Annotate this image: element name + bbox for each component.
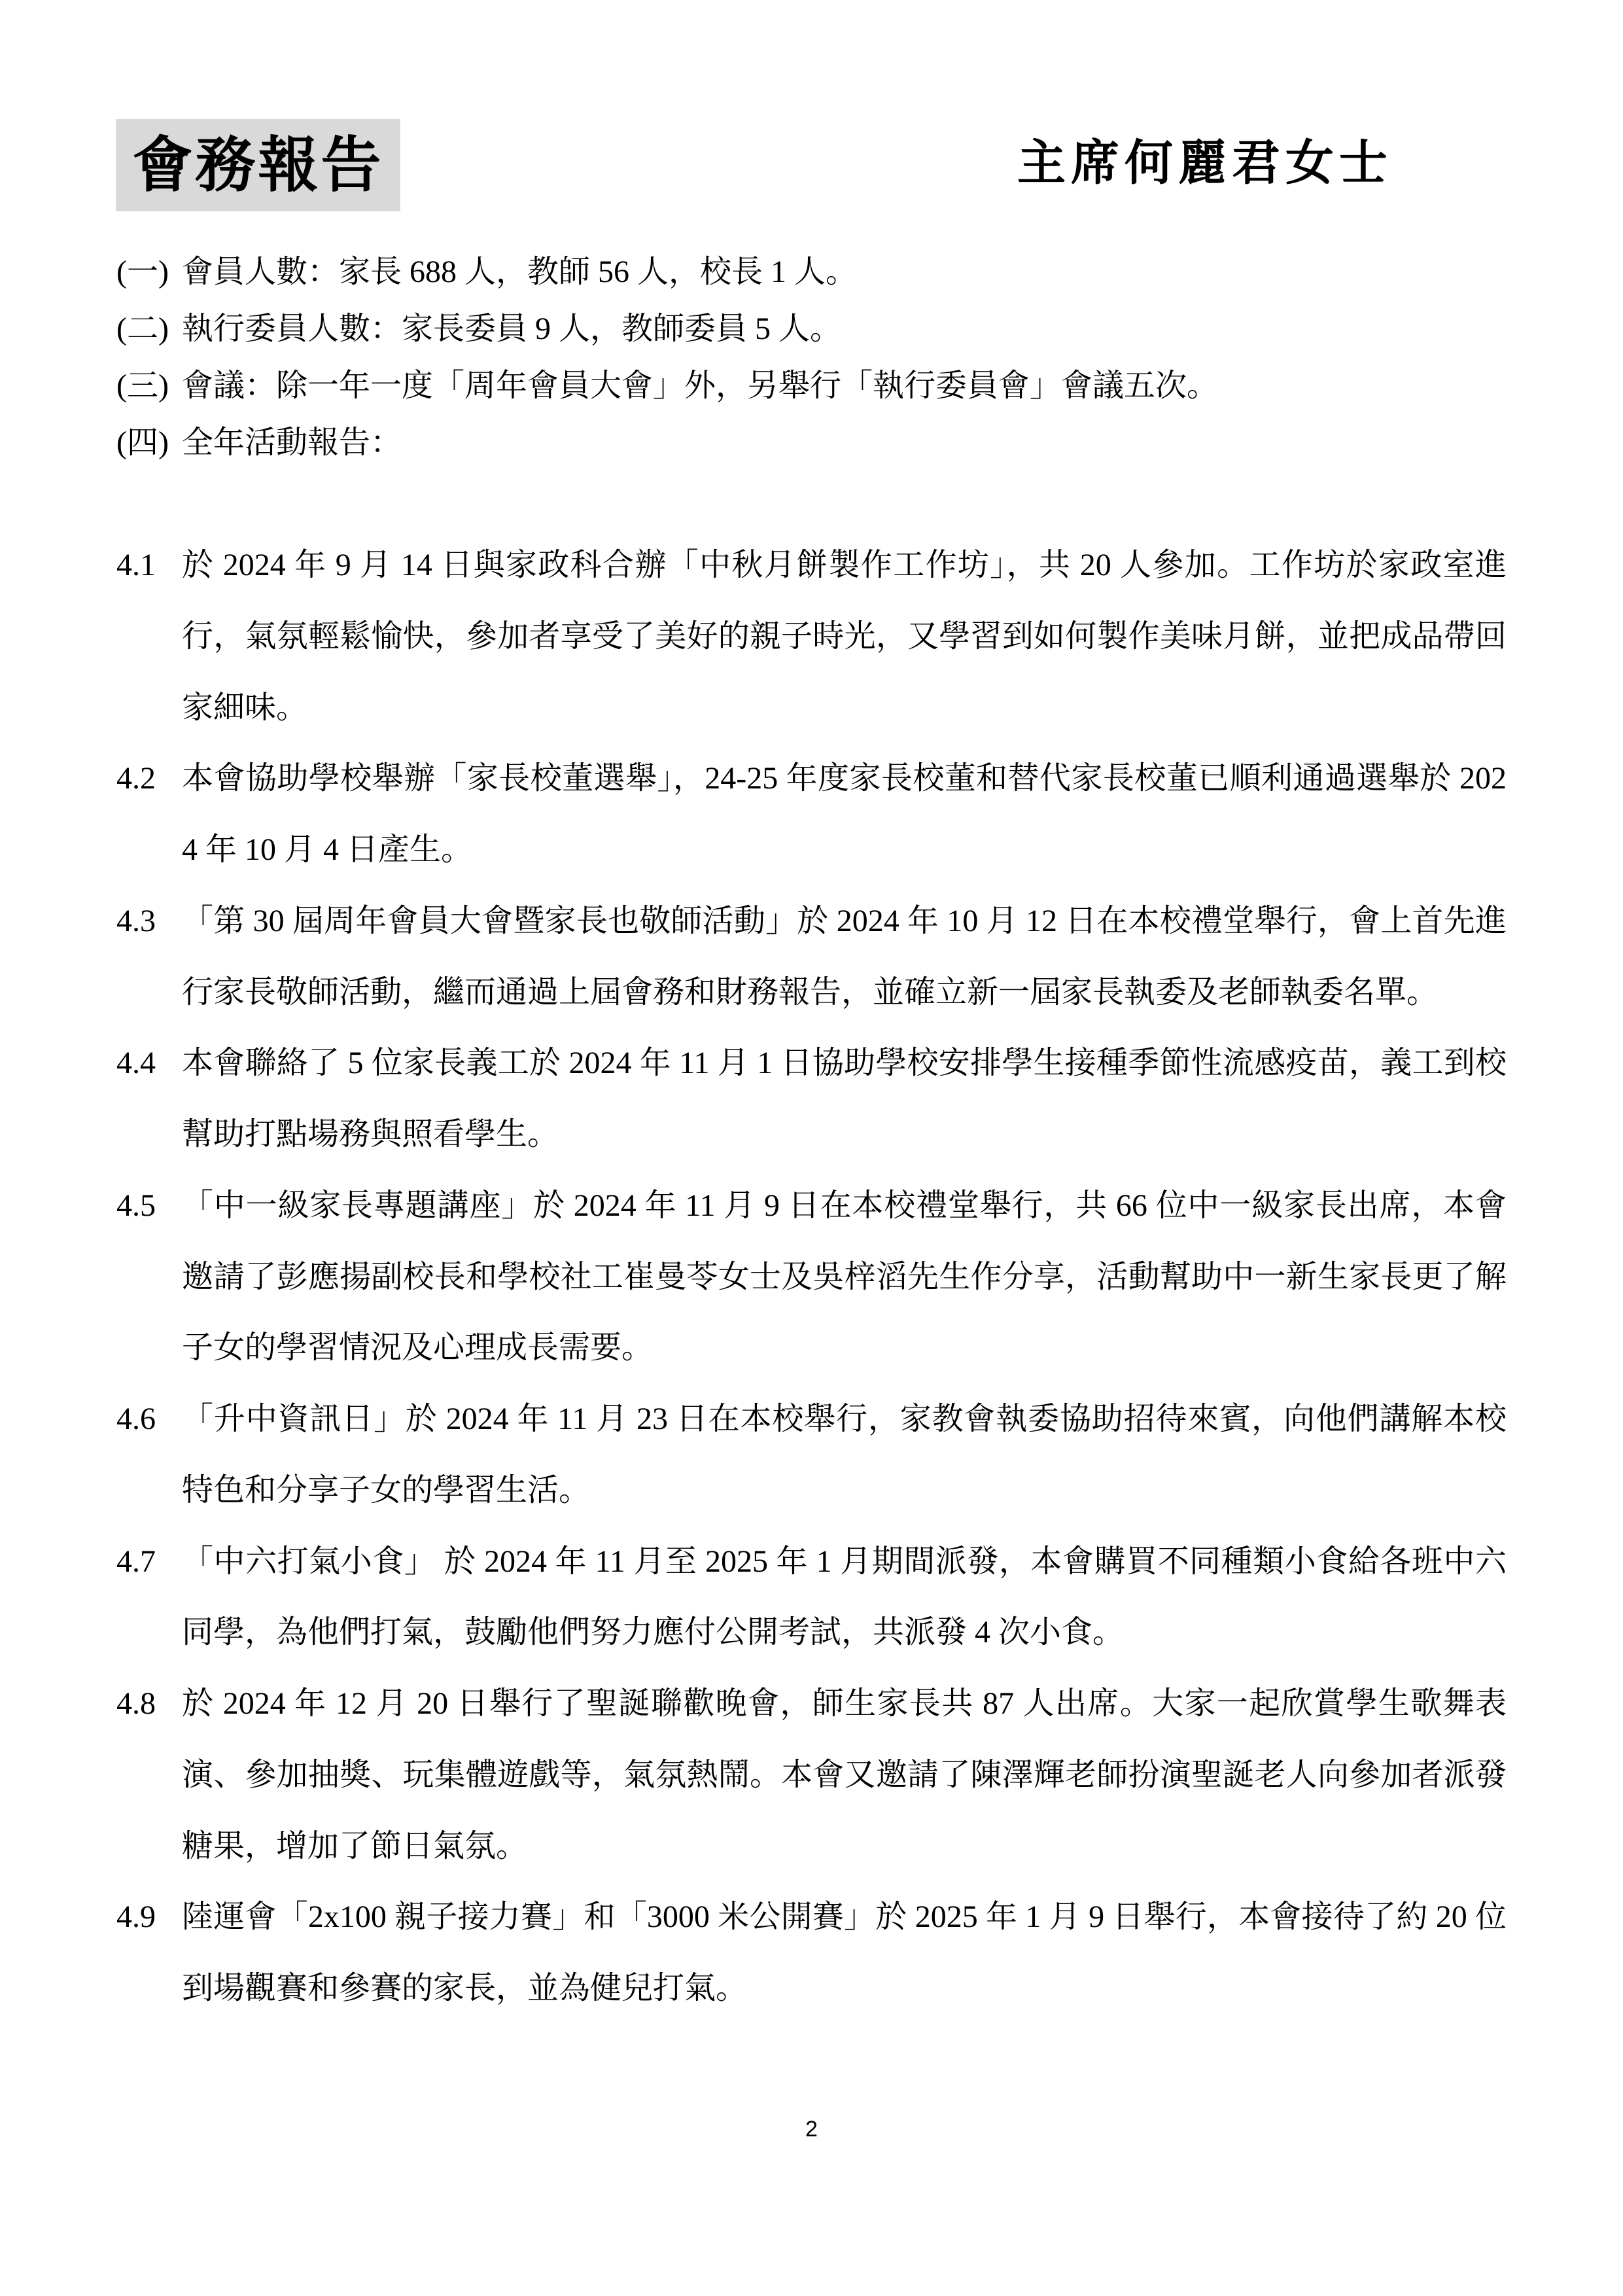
chairperson-name: 主席何麗君女士 <box>1017 139 1393 187</box>
activity-text: 本會聯絡了 5 位家長義工於 2024 年 11 月 1 日協助學校安排學生接種… <box>182 1028 1507 1171</box>
activity-item: 4.9 陸運會「2x100 親子接力賽」和「3000 米公開賽」於 2025 年… <box>116 1882 1510 2024</box>
report-title-box: 會務報告 <box>116 119 400 211</box>
activity-item: 4.5 「中一級家長專題講座」於 2024 年 11 月 9 日在本校禮堂舉行，… <box>116 1171 1510 1384</box>
activity-text: 陸運會「2x100 親子接力賽」和「3000 米公開賽」於 2025 年 1 月… <box>182 1882 1507 2024</box>
activity-number: 4.2 <box>116 743 182 815</box>
summary-marker: (一) <box>116 253 182 309</box>
activity-number: 4.7 <box>116 1527 182 1598</box>
activity-number: 4.1 <box>116 530 182 601</box>
summary-list: (一) 會員人數：家長 688 人，教師 56 人，校長 1 人。 (二) 執行… <box>116 253 1516 480</box>
page-number: 2 <box>0 2115 1623 2144</box>
activity-number: 4.6 <box>116 1384 182 1455</box>
activity-text: 於 2024 年 12 月 20 日舉行了聖誕聯歡晚會，師生家長共 87 人出席… <box>182 1669 1507 1882</box>
summary-item-activities-heading: (四) 全年活動報告： <box>116 423 1516 480</box>
activity-number: 4.8 <box>116 1669 182 1740</box>
summary-text: 執行委員人數：家長委員 9 人，教師委員 5 人。 <box>182 309 841 366</box>
activity-text: 於 2024 年 9 月 14 日與家政科合辦「中秋月餅製作工作坊」，共 20 … <box>182 530 1507 743</box>
activity-item: 4.6 「升中資訊日」於 2024 年 11 月 23 日在本校舉行，家教會執委… <box>116 1384 1510 1527</box>
summary-item-committee: (二) 執行委員人數：家長委員 9 人，教師委員 5 人。 <box>116 309 1516 366</box>
summary-marker: (三) <box>116 366 182 423</box>
summary-marker: (四) <box>116 423 182 480</box>
summary-item-members: (一) 會員人數：家長 688 人，教師 56 人，校長 1 人。 <box>116 253 1516 309</box>
activity-item: 4.1 於 2024 年 9 月 14 日與家政科合辦「中秋月餅製作工作坊」，共… <box>116 530 1510 743</box>
activity-number: 4.5 <box>116 1171 182 1242</box>
activity-text: 本會協助學校舉辦「家長校董選舉」，24-25 年度家長校董和替代家長校董已順利通… <box>182 743 1507 886</box>
activity-item: 4.8 於 2024 年 12 月 20 日舉行了聖誕聯歡晚會，師生家長共 87… <box>116 1669 1510 1882</box>
summary-marker: (二) <box>116 309 182 366</box>
activity-text: 「升中資訊日」於 2024 年 11 月 23 日在本校舉行，家教會執委協助招待… <box>182 1384 1507 1527</box>
activity-text: 「第 30 屆周年會員大會暨家長也敬師活動」於 2024 年 10 月 12 日… <box>182 886 1507 1029</box>
activity-number: 4.3 <box>116 886 182 957</box>
activity-number: 4.9 <box>116 1882 182 1953</box>
report-title: 會務報告 <box>132 135 383 196</box>
summary-text: 會員人數：家長 688 人，教師 56 人，校長 1 人。 <box>182 253 857 309</box>
summary-item-meetings: (三) 會議：除一年一度「周年會員大會」外，另舉行「執行委員會」會議五次。 <box>116 366 1516 423</box>
activity-item: 4.4 本會聯絡了 5 位家長義工於 2024 年 11 月 1 日協助學校安排… <box>116 1028 1510 1171</box>
activity-text: 「中六打氣小食」 於 2024 年 11 月至 2025 年 1 月期間派發，本… <box>182 1527 1507 1669</box>
activity-number: 4.4 <box>116 1028 182 1099</box>
summary-text: 會議：除一年一度「周年會員大會」外，另舉行「執行委員會」會議五次。 <box>182 366 1218 423</box>
summary-text: 全年活動報告： <box>182 423 402 480</box>
activity-item: 4.7 「中六打氣小食」 於 2024 年 11 月至 2025 年 1 月期間… <box>116 1527 1510 1669</box>
activity-item: 4.2 本會協助學校舉辦「家長校董選舉」，24-25 年度家長校董和替代家長校董… <box>116 743 1510 886</box>
activity-text: 「中一級家長專題講座」於 2024 年 11 月 9 日在本校禮堂舉行，共 66… <box>182 1171 1507 1384</box>
activity-item: 4.3 「第 30 屆周年會員大會暨家長也敬師活動」於 2024 年 10 月 … <box>116 886 1510 1029</box>
document-page: 會務報告 主席何麗君女士 (一) 會員人數：家長 688 人，教師 56 人，校… <box>0 0 1623 2296</box>
activity-list: 4.1 於 2024 年 9 月 14 日與家政科合辦「中秋月餅製作工作坊」，共… <box>116 530 1510 2024</box>
